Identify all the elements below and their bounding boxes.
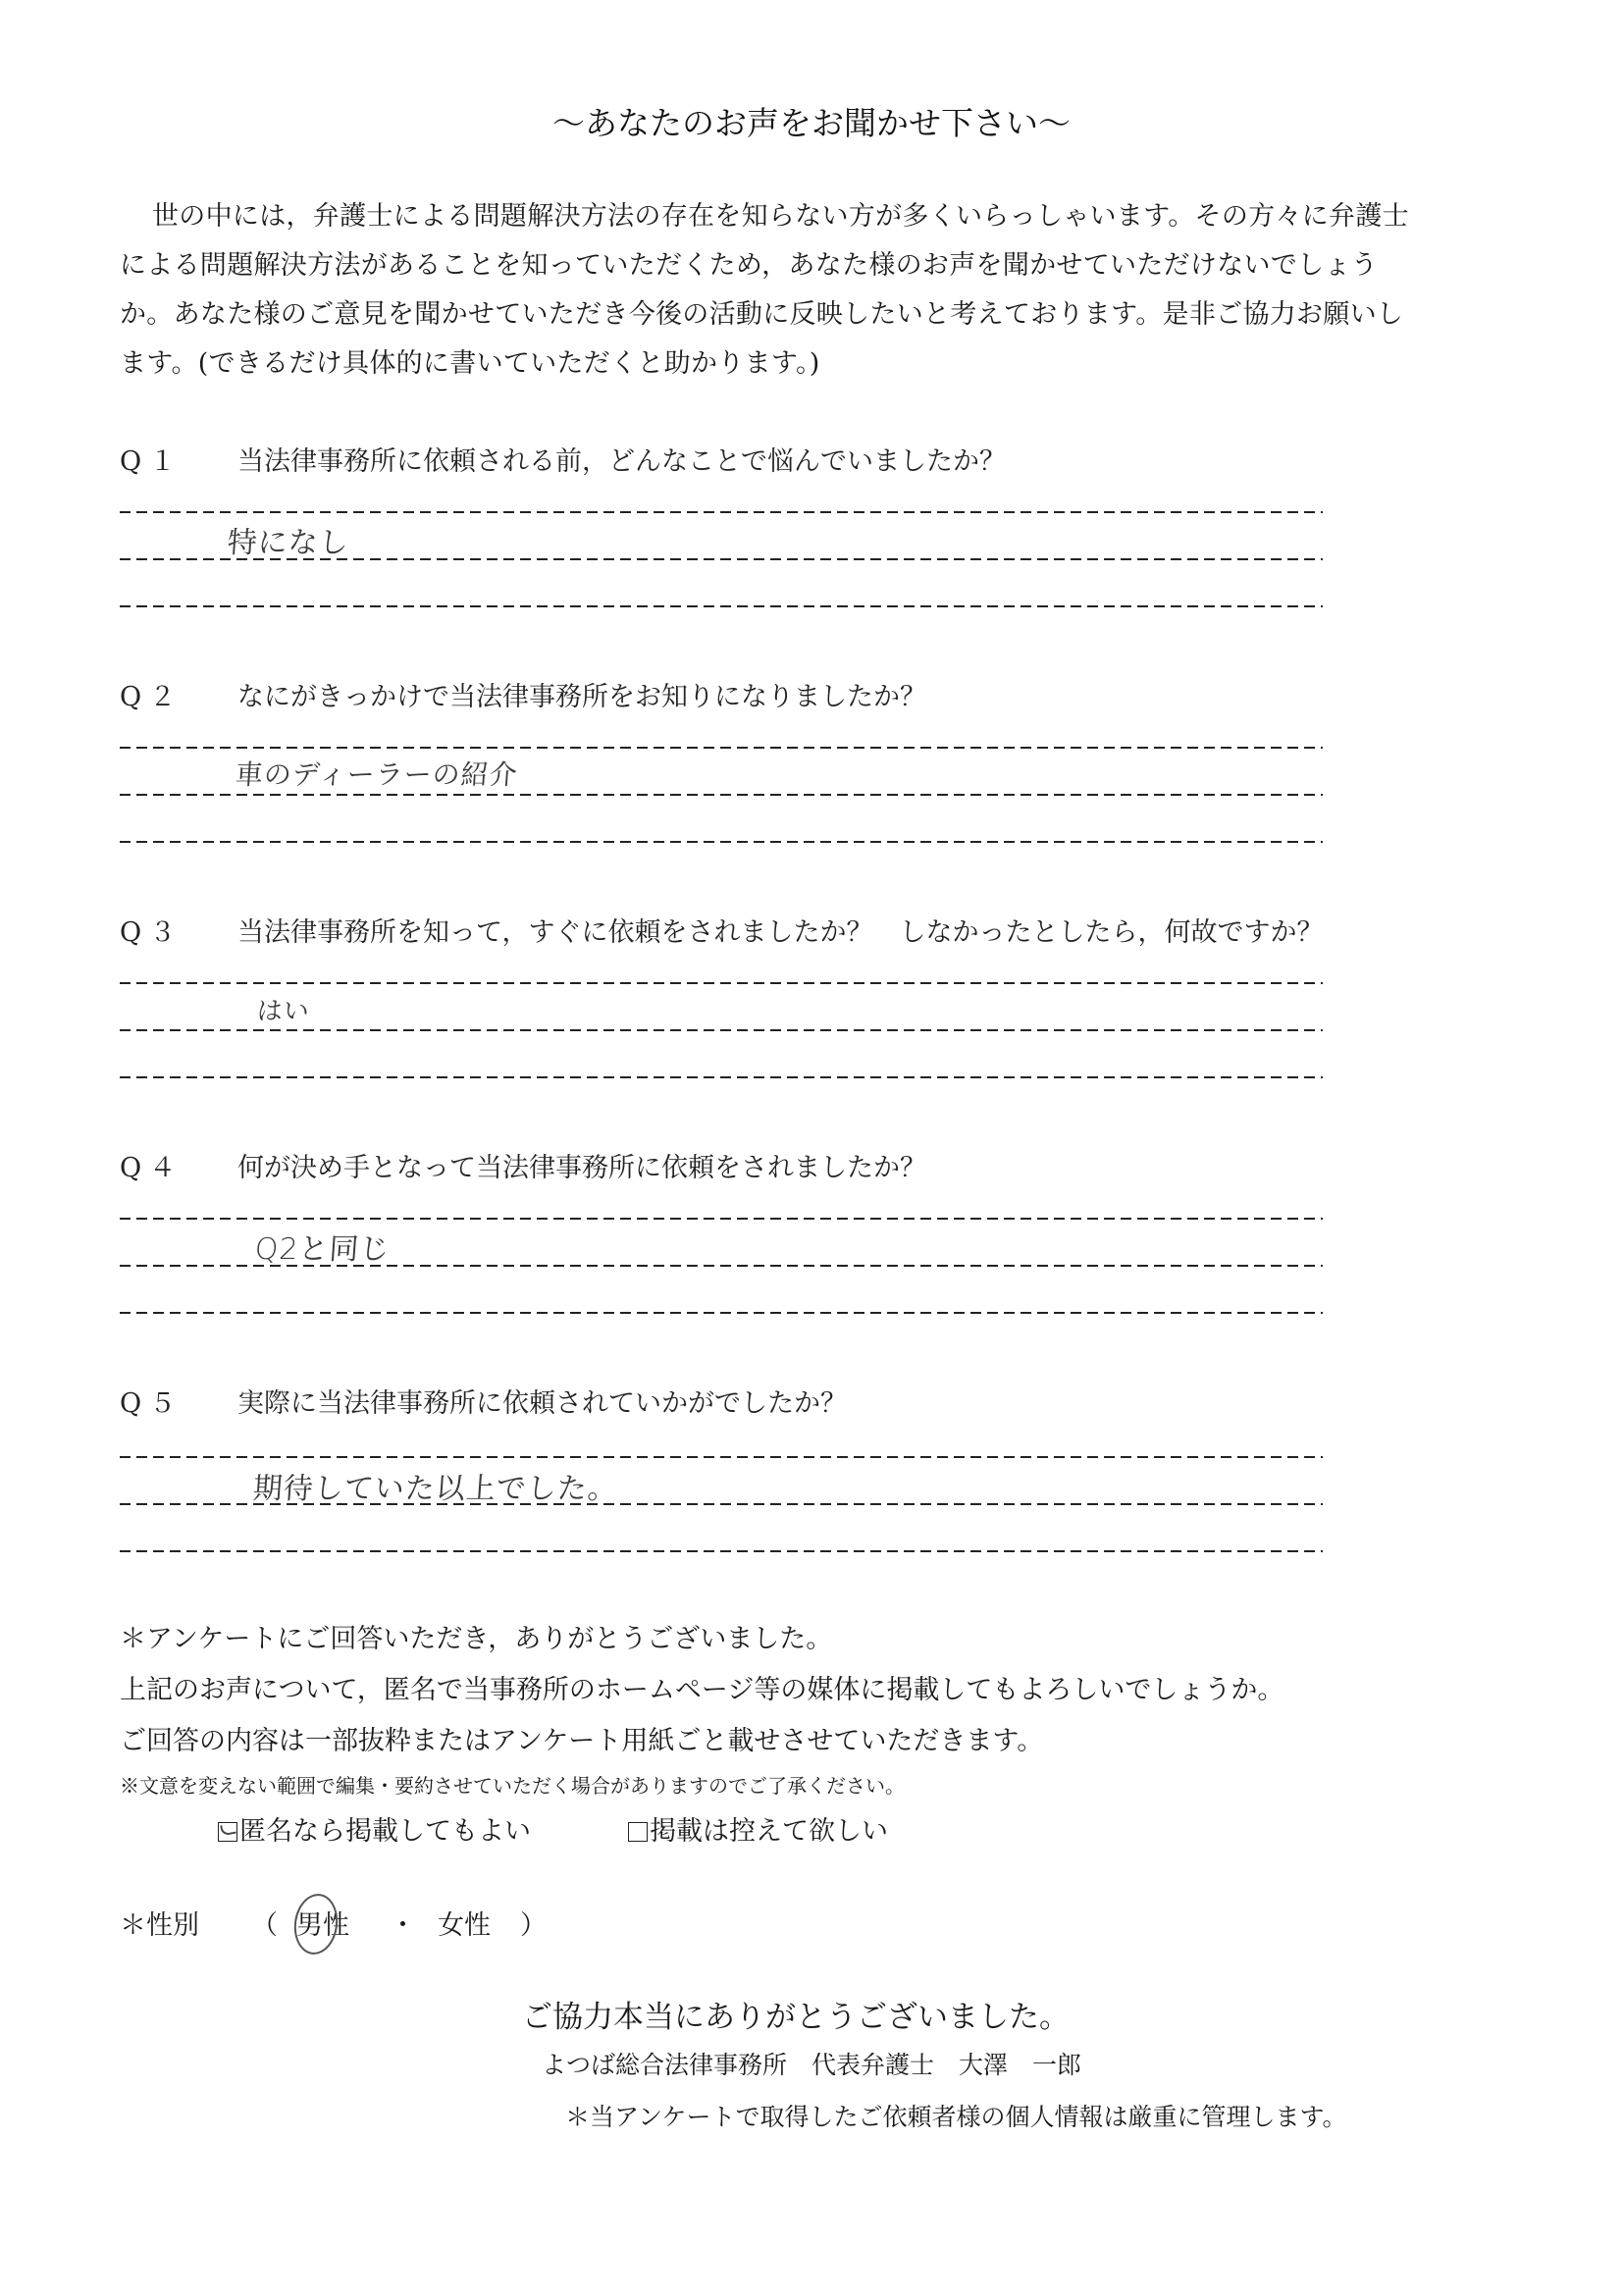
handwritten-answer-4[interactable]: Q2と同じ (253, 1225, 392, 1268)
intro-line: による問題解決方法があることを知っていただくため，あなた様のお声を聞かせていただ… (120, 241, 1533, 290)
intro-paragraph: 世の中には，弁護士による問題解決方法の存在を知らない方が多くいらっしゃいます。そ… (120, 192, 1533, 389)
page-title: ～あなたのお声をお聞かせ下さい～ (0, 98, 1623, 144)
edit-note: ※文意を変えない範囲で編集・要約させていただく場合がありますのでご了承ください。 (120, 1770, 905, 1799)
question-number: Q３ (120, 911, 237, 949)
gender-option-female[interactable]: 女性 (438, 1904, 491, 1942)
answer-line (120, 1029, 1323, 1031)
answer-line (120, 794, 1323, 796)
answer-line (120, 841, 1323, 843)
gender-separator: ・ (390, 1904, 416, 1942)
content-note: ご回答の内容は一部抜粋またはアンケート用紙ごと載せさせていただきます。 (120, 1719, 1043, 1757)
question-text: なにがきっかけで当法律事務所をお知りになりましたか？ (237, 682, 926, 712)
answer-line (120, 747, 1323, 749)
checkbox-checked-icon[interactable] (218, 1822, 237, 1842)
gender-close-paren: ） (520, 1904, 547, 1942)
handwritten-answer-1[interactable]: 特になし (226, 518, 350, 561)
intro-line: ます。(できるだけ具体的に書いていただくと助かります。) (120, 339, 1533, 389)
question-text: 何が決め手となって当法律事務所に依頼をされましたか？ (237, 1153, 926, 1183)
question-text: 当法律事務所を知って，すぐに依頼をされましたか？ しなかったとしたら，何故ですか… (237, 917, 1323, 948)
question-number: Q４ (120, 1146, 237, 1184)
footer-thanks: ご協力本当にありがとうございました。 (522, 1992, 1070, 2036)
question-1: Q１当法律事務所に依頼される前，どんなことで悩んでいましたか？ (120, 440, 1006, 478)
question-number: Q５ (120, 1382, 237, 1420)
answer-line (120, 1312, 1323, 1314)
survey-thanks: ＊アンケートにご回答いただき，ありがとうございました。 (120, 1617, 832, 1655)
question-4: Q４何が決め手となって当法律事務所に依頼をされましたか？ (120, 1146, 926, 1184)
answer-line (120, 605, 1323, 607)
question-number: Q２ (120, 675, 237, 713)
gender-open-paren: （ (251, 1904, 278, 1942)
permission-question: 上記のお声について，匿名で当事務所のホームページ等の媒体に掲載してもよろしいでし… (120, 1668, 1283, 1706)
question-text: 実際に当法律事務所に依頼されていかがでしたか？ (237, 1388, 847, 1419)
answer-line (120, 1076, 1323, 1078)
question-text: 当法律事務所に依頼される前，どんなことで悩んでいましたか？ (237, 446, 1006, 477)
answer-line (120, 1265, 1323, 1267)
answer-line (120, 1550, 1323, 1552)
question-5: Q５実際に当法律事務所に依頼されていかがでしたか？ (120, 1382, 847, 1420)
handwritten-answer-3[interactable]: はい (256, 991, 312, 1027)
publish-option-label: 掲載は控えて欲しい (650, 1816, 888, 1847)
gender-label: ＊性別 (120, 1904, 199, 1942)
answer-line (120, 558, 1323, 560)
selection-circle-icon (290, 1891, 341, 1957)
intro-line: 世の中には，弁護士による問題解決方法の存在を知らない方が多くいらっしゃいます。そ… (120, 192, 1533, 241)
intro-line: か。あなた様のご意見を聞かせていただき今後の活動に反映したいと考えております。是… (120, 290, 1533, 339)
privacy-note: ＊当アンケートで取得したご依頼者様の個人情報は厳重に管理します。 (565, 2098, 1347, 2133)
publish-option-label: 匿名なら掲載してもよい (239, 1816, 531, 1847)
question-3: Q３当法律事務所を知って，すぐに依頼をされましたか？ しなかったとしたら，何故で… (120, 911, 1323, 949)
publish-option-anonymous[interactable]: 匿名なら掲載してもよい (218, 1809, 531, 1848)
firm-signature: よつば総合法律事務所 代表弁護士 大澤 一郎 (542, 2046, 1081, 2081)
question-2: Q２なにがきっかけで当法律事務所をお知りになりましたか？ (120, 675, 926, 713)
question-number: Q１ (120, 440, 237, 478)
answer-line (120, 1218, 1323, 1220)
checkbox-empty-icon[interactable] (628, 1822, 648, 1842)
answer-line (120, 982, 1323, 984)
publish-option-decline[interactable]: 掲載は控えて欲しい (628, 1809, 888, 1848)
answer-line (120, 1456, 1323, 1458)
answer-line (120, 511, 1323, 513)
handwritten-answer-2[interactable]: 車のディーラーの紹介 (235, 754, 520, 793)
answer-line (120, 1503, 1323, 1505)
handwritten-answer-5[interactable]: 期待していた以上でした。 (251, 1464, 619, 1507)
